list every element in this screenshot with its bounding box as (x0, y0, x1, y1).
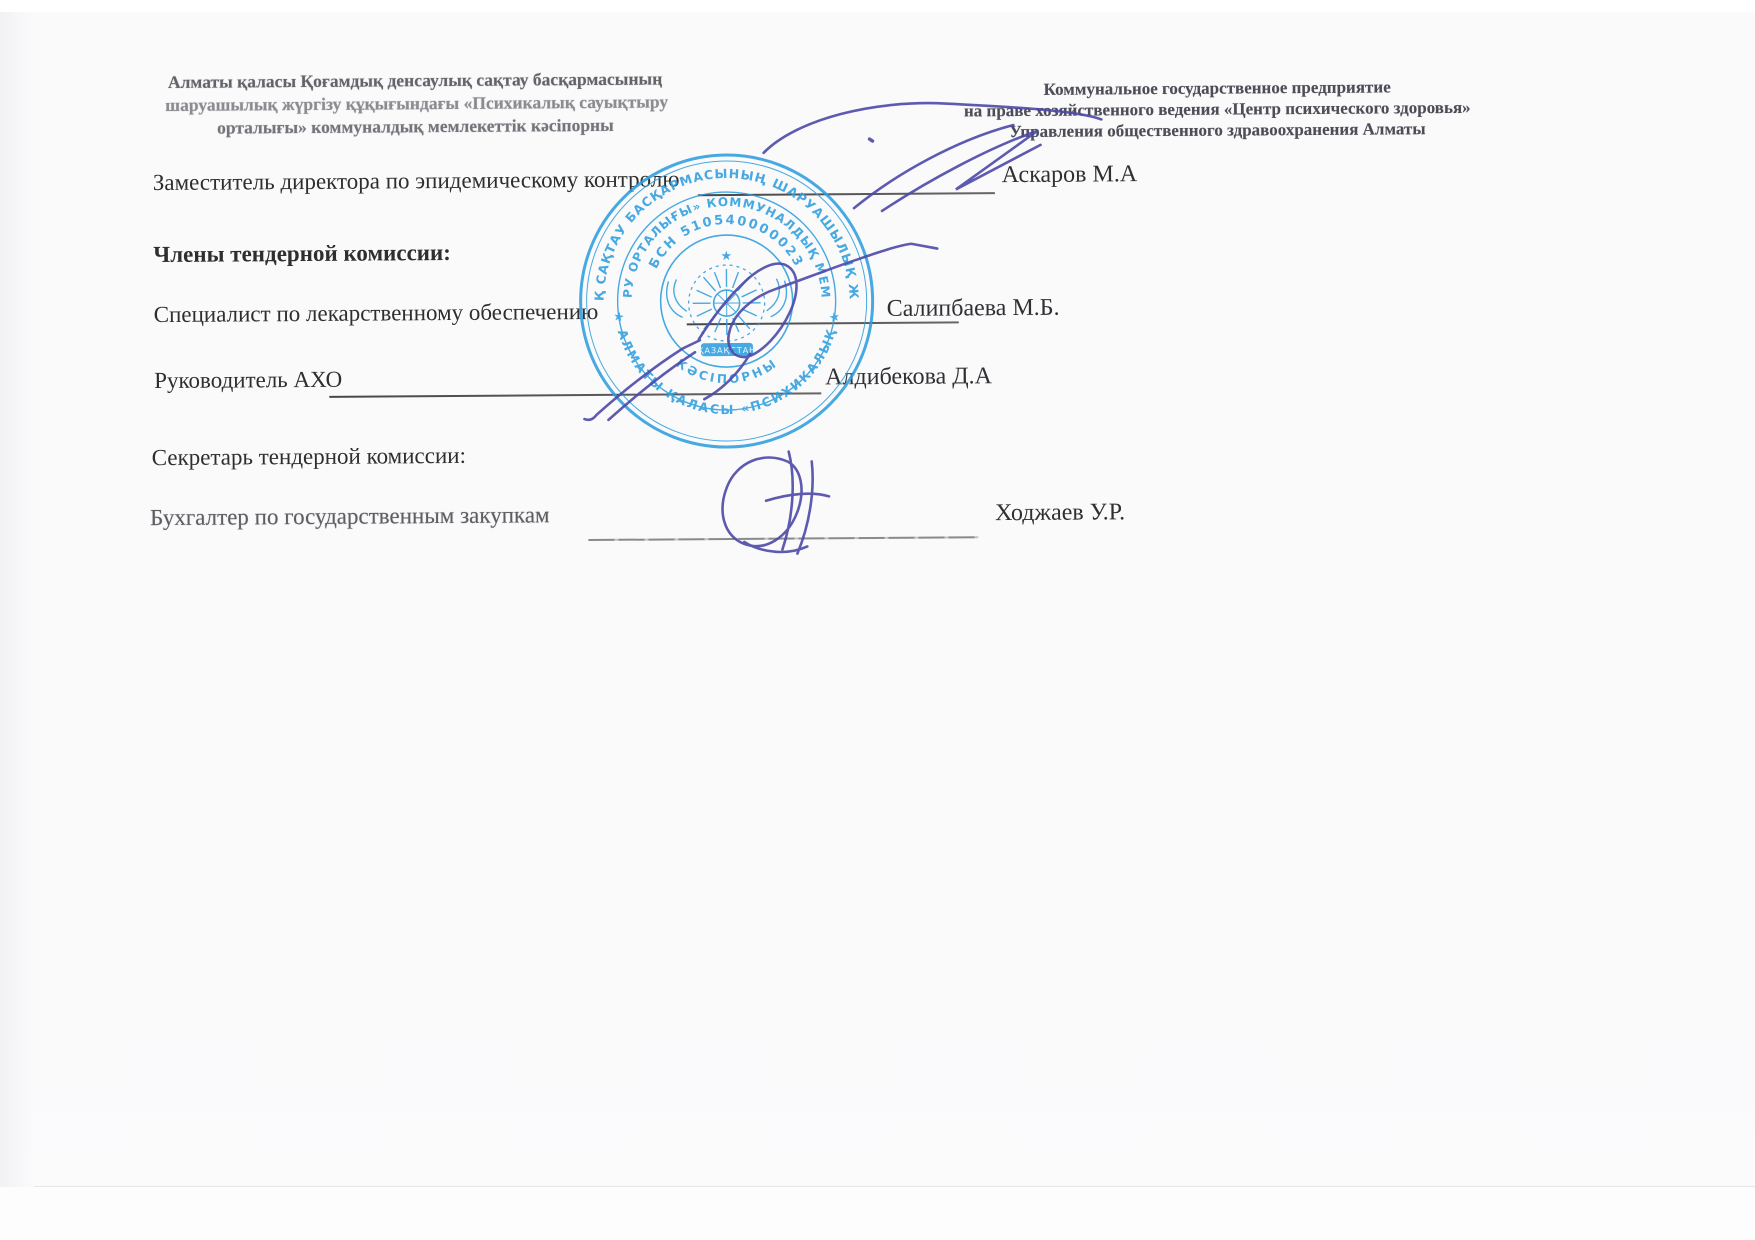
role-label-aho-head: Руководитель АХО (154, 367, 342, 394)
signatory-name-askarov: Аскаров М.А (1002, 161, 1138, 189)
signatory-name-salipbaeva: Салипбаева М.Б. (887, 295, 1060, 323)
section-heading-secretary: Секретарь тендерной комиссии: (152, 443, 466, 471)
org-header-kazakh-line2: шаруашылық жүргізу құқығындағы «Психикал… (165, 90, 665, 116)
signature-line-3 (329, 392, 821, 397)
org-header-russian: Коммунальное государственное предприятие… (925, 76, 1509, 143)
signature-ink-aldibekova (584, 340, 701, 420)
svg-text:БСН 510540000023: БСН 510540000023 (646, 212, 806, 271)
seal-middle-text-bottom: КӘСІПОРНЫ (673, 355, 780, 386)
seal-bsn-number: БСН 510540000023 (646, 212, 806, 271)
seal-outer-ring (580, 154, 874, 448)
org-header-kazakh-line3: орталығы» коммуналдық мемлекеттік кәсіпо… (165, 113, 665, 139)
seal-outer-ring-inner (586, 160, 868, 442)
document-content: Алматы қаласы Қоғамдық денсаулық сақтау … (0, 0, 1755, 1240)
seal-center-label: ҚАЗАҚСТАН (698, 346, 756, 355)
role-label-accountant: Бухгалтер по государственным закупкам (150, 502, 550, 531)
signature-line-1 (698, 192, 995, 196)
org-header-russian-line3: Управления общественного здравоохранения… (925, 118, 1509, 143)
org-header-kazakh-line1: Алматы қаласы Қоғамдық денсаулық сақтау … (165, 67, 665, 93)
scanned-document-page: Алматы қаласы Қоғамдық денсаулық сақтау … (0, 0, 1755, 1240)
role-label-pharma-specialist: Специалист по лекарственному обеспечению (154, 299, 599, 328)
svg-text:КӘСІПОРНЫ: КӘСІПОРНЫ (673, 355, 780, 386)
signatory-name-khodzhaev: Ходжаев У.Р. (995, 499, 1125, 527)
seal-star-icon: ★ (720, 249, 732, 264)
seal-center-emblem: ★ ҚАЗАҚСТАН (666, 249, 787, 357)
org-header-kazakh: Алматы қаласы Қоғамдық денсаулық сақтау … (165, 67, 665, 139)
role-label-deputy-director: Заместитель директора по эпидемическому … (153, 166, 680, 196)
section-heading-members: Члены тендерной комиссии: (153, 240, 451, 268)
seal-middle-ring (617, 191, 837, 411)
signatory-name-aldibekova: Алдибекова Д.А (825, 363, 992, 391)
signature-line-4 (588, 536, 978, 540)
seal-inner-ring (660, 235, 793, 368)
